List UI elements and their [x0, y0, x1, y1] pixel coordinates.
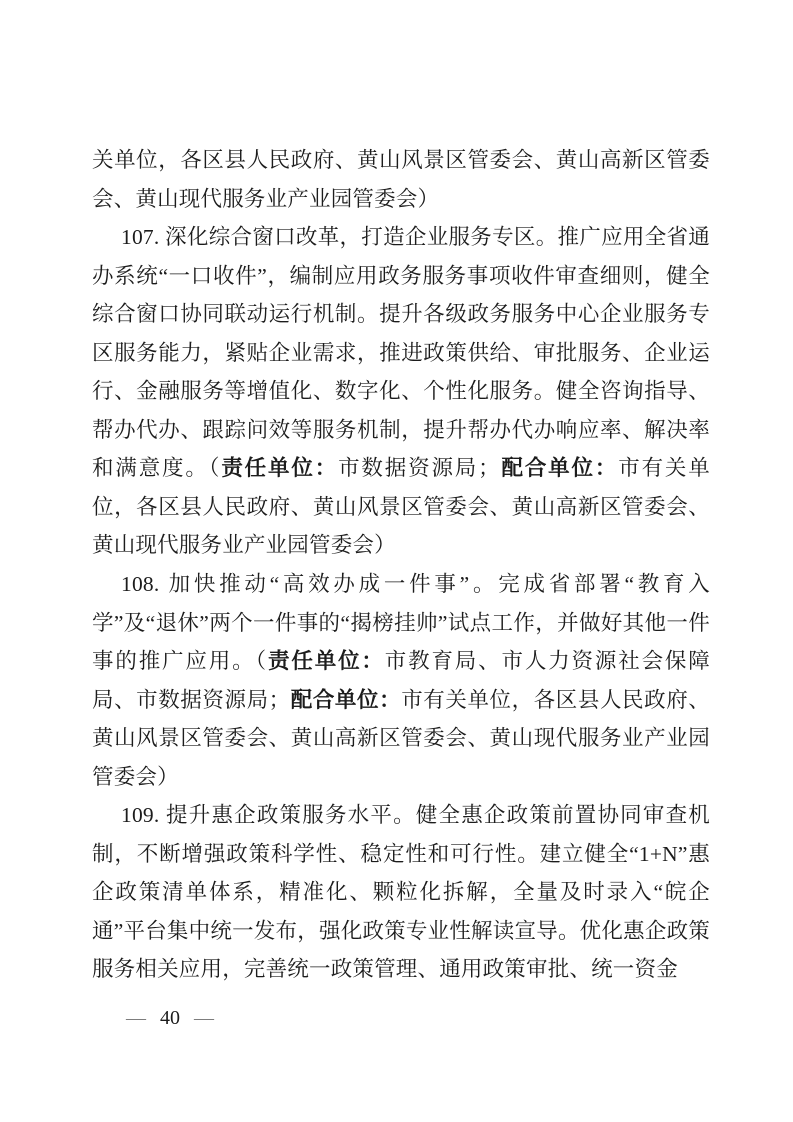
- emphasis-label: 配合单位：: [500, 456, 618, 480]
- text-run: 109. 提升惠企政策服务水平。健全惠企政策前置协同审查机制，不断增强政策科学性…: [92, 803, 710, 981]
- paragraph-item-108: 108. 加快推动“高效办成一件事”。完成省部署“教育入学”及“退休”两个一件事…: [92, 565, 710, 796]
- document-page: 关单位，各区县人民政府、黄山风景区管委会、黄山高新区管委会、黄山现代服务业产业园…: [0, 0, 793, 1122]
- emphasis-label: 责任单位：: [221, 456, 338, 480]
- emphasis-label: 责任单位：: [268, 649, 385, 673]
- footer-page-number: 40: [146, 1007, 194, 1029]
- text-run: 107. 深化综合窗口改革，打造企业服务专区。推广应用全省通办系统“一口收件”，…: [92, 225, 710, 480]
- paragraph-continuation: 关单位，各区县人民政府、黄山风景区管委会、黄山高新区管委会、黄山现代服务业产业园…: [92, 141, 710, 218]
- text-run: 关单位，各区县人民政府、黄山风景区管委会、黄山高新区管委会、黄山现代服务业产业园…: [92, 148, 710, 211]
- emphasis-label: 配合单位：: [290, 688, 401, 712]
- footer-dash-right: —: [194, 1007, 214, 1029]
- text-run: 市数据资源局；: [338, 456, 500, 480]
- paragraph-item-107: 107. 深化综合窗口改革，打造企业服务专区。推广应用全省通办系统“一口收件”，…: [92, 218, 710, 565]
- paragraph-item-109: 109. 提升惠企政策服务水平。健全惠企政策前置协同审查机制，不断增强政策科学性…: [92, 796, 710, 989]
- body-text: 关单位，各区县人民政府、黄山风景区管委会、黄山高新区管委会、黄山现代服务业产业园…: [92, 141, 710, 989]
- footer-dash-left: —: [126, 1007, 146, 1029]
- page-number: —40—: [126, 1003, 214, 1033]
